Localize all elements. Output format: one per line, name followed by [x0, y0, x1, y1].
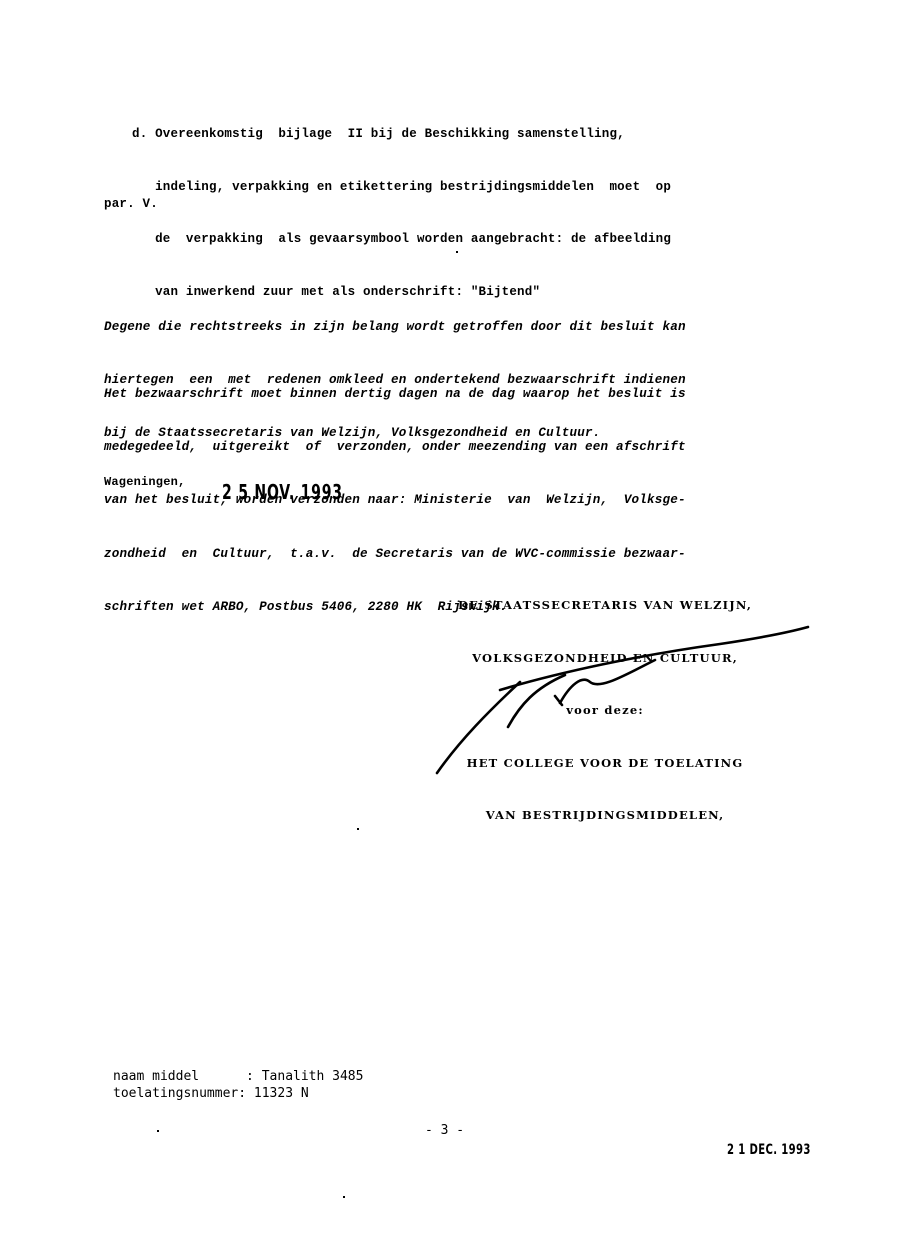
date-stamp: 2 5 NOV. 1993 [222, 480, 343, 504]
scan-speck [456, 251, 458, 253]
receipt-stamp: 2 1 DEC. 1993 [727, 1142, 811, 1158]
scan-speck [357, 828, 359, 830]
objection-2-line: zondheid en Cultuur, t.a.v. de Secretari… [104, 546, 686, 564]
section-heading: par. V. [104, 196, 158, 214]
objection-2-line: Het bezwaarschrift moet binnen dertig da… [104, 386, 686, 404]
scan-speck [157, 1130, 159, 1132]
product-name-value: Tanalith 3485 [262, 1069, 364, 1084]
page-number: - 3 - [425, 1123, 464, 1138]
admission-number-label: toelatingsnummer [113, 1086, 238, 1101]
scan-speck [343, 1196, 345, 1198]
paragraph-d-line: d. Overeenkomstig bijlage II bij de Besc… [132, 126, 671, 144]
product-name-label: naam middel [113, 1069, 199, 1084]
place-name: Wageningen, [104, 474, 185, 492]
objection-2-line: medegedeeld, uitgereikt of verzonden, on… [104, 439, 686, 457]
label-separator: : [238, 1086, 254, 1101]
objection-2-line: van het besluit, worden verzonden naar: … [104, 492, 686, 510]
product-info: naam middel : Tanalith 3485 toelatingsnu… [113, 1069, 363, 1102]
signature-line: VAN BESTRIJDINGSMIDDELEN, [458, 807, 752, 825]
signature-block: DE STAATSSECRETARIS VAN WELZIJN, VOLKSGE… [458, 562, 752, 842]
signature-line: voor deze: [458, 702, 752, 720]
signature-line: HET COLLEGE VOOR DE TOELATING [458, 755, 752, 773]
paragraph-d-line: indeling, verpakking en etikettering bes… [132, 179, 671, 197]
paragraph-d-line: de verpakking als gevaarsymbool worden a… [132, 231, 671, 249]
objection-1-line: Degene die rechtstreeks in zijn belang w… [104, 319, 686, 337]
signature-line: DE STAATSSECRETARIS VAN WELZIJN, [458, 597, 752, 615]
label-separator: : [199, 1069, 262, 1084]
admission-number-value: 11323 N [254, 1086, 309, 1101]
signature-line: VOLKSGEZONDHEID EN CULTUUR, [458, 650, 752, 668]
